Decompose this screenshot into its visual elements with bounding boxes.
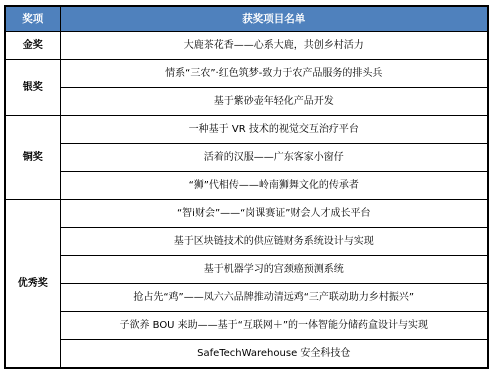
project-cell: 子欲养 BOU 来助——基于“互联网＋”的一体智能分储药盒设计与实现 (60, 312, 488, 340)
header-award-column: 奖项 (5, 6, 60, 32)
award-cell: 银奖 (5, 60, 60, 116)
award-cell: 优秀奖 (5, 200, 60, 369)
project-cell: 活着的汉服——广东客家小窗仔 (60, 144, 488, 172)
award-project-table: 奖项 获奖项目名单 金奖大鹿茶花香——心系大鹿，共创乡村活力银奖情系“三农”·红… (4, 5, 489, 369)
project-cell: 情系“三农”·红色筑梦-致力于农产品服务的排头兵 (60, 60, 488, 88)
page: 奖项 获奖项目名单 金奖大鹿茶花香——心系大鹿，共创乡村活力银奖情系“三农”·红… (0, 0, 492, 381)
table-row: SafeTechWarehouse 安全科技仓 (5, 340, 488, 369)
table-row: 银奖情系“三农”·红色筑梦-致力于农产品服务的排头兵 (5, 60, 488, 88)
table-row: 基于机器学习的宫颈癌预测系统 (5, 256, 488, 284)
project-cell: 大鹿茶花香——心系大鹿，共创乡村活力 (60, 32, 488, 60)
project-cell: “狮”代相传——岭南狮舞文化的传承者 (60, 172, 488, 200)
table-row: 子欲养 BOU 来助——基于“互联网＋”的一体智能分储药盒设计与实现 (5, 312, 488, 340)
project-cell: 一种基于 VR 技术的视觉交互治疗平台 (60, 116, 488, 144)
table-row: 基于区块链技术的供应链财务系统设计与实现 (5, 228, 488, 256)
project-cell: “智i财会”——“岗课赛证”财会人才成长平台 (60, 200, 488, 228)
header-project-column: 获奖项目名单 (60, 6, 488, 32)
table-row: 抢占先“鸡”——凤六六品牌推动清远鸡“三产联动助力乡村振兴” (5, 284, 488, 312)
table-row: “狮”代相传——岭南狮舞文化的传承者 (5, 172, 488, 200)
table-row: 优秀奖“智i财会”——“岗课赛证”财会人才成长平台 (5, 200, 488, 228)
project-cell: SafeTechWarehouse 安全科技仓 (60, 340, 488, 369)
project-cell: 基于区块链技术的供应链财务系统设计与实现 (60, 228, 488, 256)
table-row: 铜奖一种基于 VR 技术的视觉交互治疗平台 (5, 116, 488, 144)
table-row: 金奖大鹿茶花香——心系大鹿，共创乡村活力 (5, 32, 488, 60)
table-row: 基于紫砂壶年轻化产品开发 (5, 88, 488, 116)
project-cell: 抢占先“鸡”——凤六六品牌推动清远鸡“三产联动助力乡村振兴” (60, 284, 488, 312)
table-row: 活着的汉服——广东客家小窗仔 (5, 144, 488, 172)
table-header-row: 奖项 获奖项目名单 (5, 6, 488, 32)
project-cell: 基于机器学习的宫颈癌预测系统 (60, 256, 488, 284)
project-cell: 基于紫砂壶年轻化产品开发 (60, 88, 488, 116)
award-cell: 金奖 (5, 32, 60, 60)
award-cell: 铜奖 (5, 116, 60, 200)
